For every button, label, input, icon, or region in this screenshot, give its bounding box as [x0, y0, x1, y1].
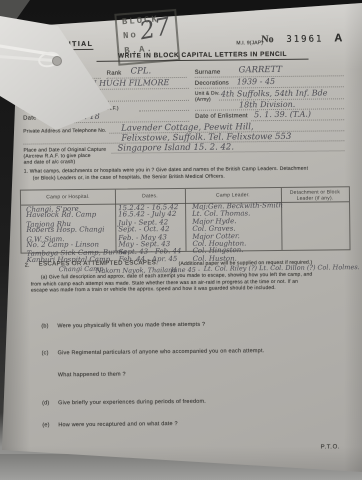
camp-name: Havelock Rd. Camp	[26, 211, 96, 219]
camp-dates: Sept. - Oct. 42	[118, 225, 169, 233]
table-header-dates: Dates.	[115, 193, 185, 200]
dotted-leader	[139, 110, 189, 112]
question2c-tag: (c)	[42, 350, 49, 356]
scanned-pow-form: CONFIDENTIAL BLOCK No B.A. 27 M.I. 9(JAP…	[0, 0, 362, 480]
question2e-text: How were you recaptured and on what date…	[58, 421, 177, 428]
question2a-line3: escape was made from a train or vehicle …	[31, 285, 276, 294]
field-decorations-label: Decorations	[195, 80, 229, 86]
serial-number: 31961	[286, 34, 323, 44]
field-surname-label: Surname	[195, 70, 221, 76]
field-decorations-value: 1939 - 45	[237, 77, 275, 86]
question2d-tag: (d)	[42, 400, 49, 406]
mi9-reference: M.I. 9(JAP)	[236, 40, 263, 46]
question2c-text: Give Regimental particulars of anyone wh…	[58, 348, 265, 356]
field-address-label: Private Address and Telephone No.	[23, 128, 106, 135]
field-rank-value: CPL.	[131, 66, 152, 76]
field-rank-label: Rank	[107, 71, 122, 77]
dotted-leader	[251, 119, 344, 121]
field-unit-label-2: (Army)	[195, 97, 211, 103]
question2-number: 2.	[25, 263, 30, 269]
question2e-tag: (e)	[42, 422, 49, 428]
stamp-line-no: No	[123, 30, 139, 41]
question1-line2: (or Block) Leaders or, in the case of ho…	[33, 174, 225, 182]
field-enlistment-label: Date of Enlistment	[195, 113, 248, 120]
camps-table-entries: Changi, S'pore 15.2.42 - 16.5.42 Maj:Gen…	[20, 201, 361, 264]
question2d-text: Give briefly your experiences during per…	[58, 399, 206, 407]
question2b-text: Were you physically fit when you made th…	[57, 322, 205, 330]
question2b-tag: (b)	[41, 323, 48, 329]
table-header-leader: Camp Leader.	[185, 192, 281, 199]
table-header-camp: Camp or Hospital.	[21, 194, 115, 201]
field-enlistment-value: 5. 1. 39. (T.A.)	[254, 110, 311, 120]
instruction-banner: WRITE IN BLOCK CAPITAL LETTERS IN PENCIL	[96, 51, 308, 62]
stamp-handwritten-number: 27	[137, 12, 172, 45]
field-unit-value-1: 4th Suffolks, 54th Inf. Bde	[221, 88, 328, 98]
punched-hole	[52, 56, 62, 66]
number-symbol: No	[261, 34, 273, 45]
field-surname-value: GARRETT	[239, 65, 283, 75]
camp-name: Roberts Hosp. Changi	[26, 226, 104, 235]
series-letter: A	[334, 32, 342, 44]
question2c-text2: What happened to them ?	[58, 372, 126, 379]
pto-label: P.T.O.	[321, 444, 341, 450]
field-capture-label-3: and date of a/c crash)	[24, 159, 76, 166]
